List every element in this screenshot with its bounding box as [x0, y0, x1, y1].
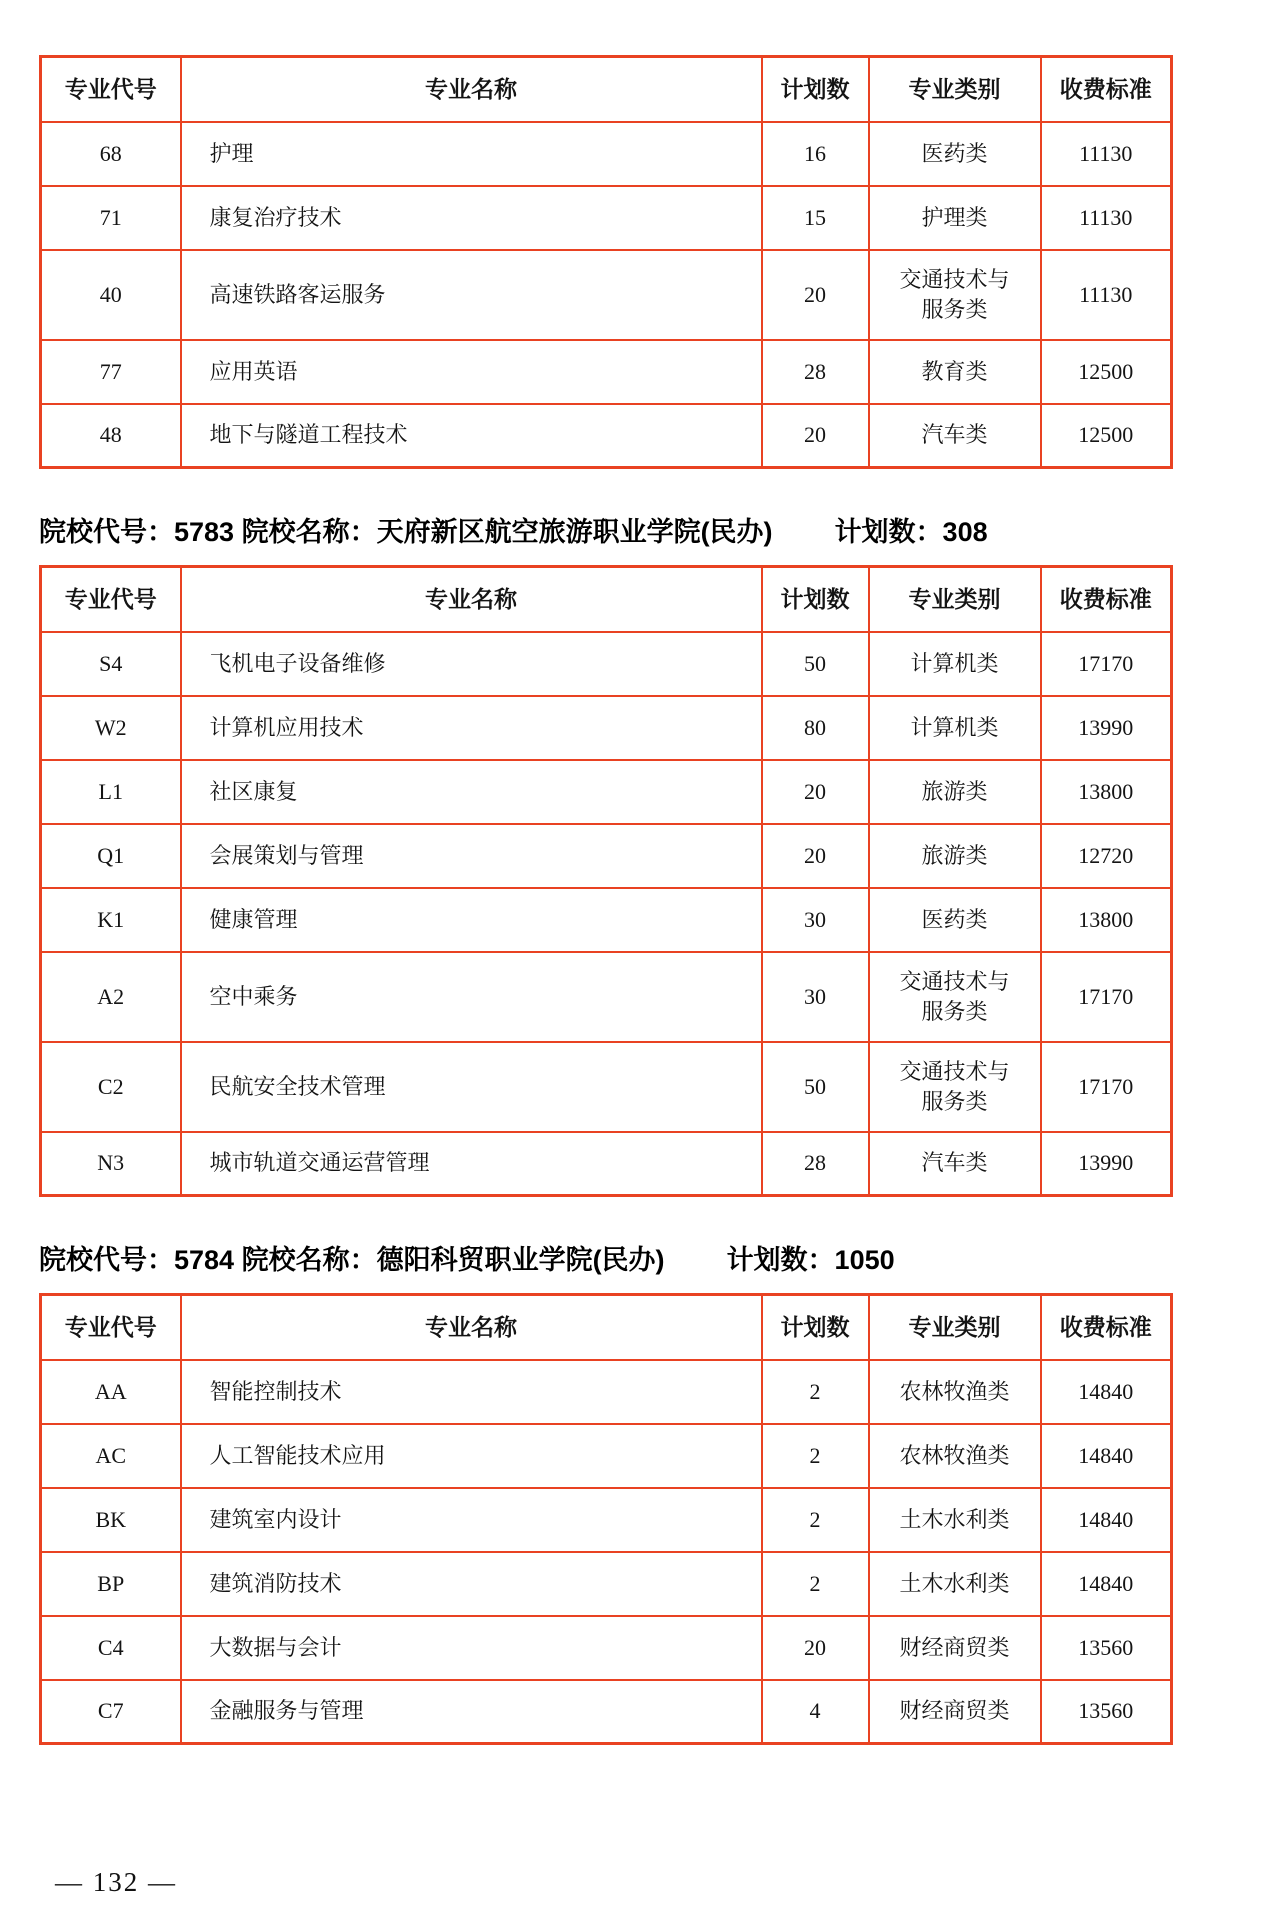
major-name-cell: 大数据与会计 — [181, 1616, 762, 1680]
fee-cell: 12500 — [1041, 340, 1172, 404]
category-cell: 教育类 — [869, 340, 1041, 404]
category-line: 土木水利类 — [870, 1505, 1040, 1535]
table-body: 68护理16医药类1113071康复治疗技术15护理类1113040高速铁路客运… — [41, 122, 1172, 468]
major-name-cell: 社区康复 — [181, 760, 762, 824]
header-cell: 计划数 — [762, 1295, 869, 1360]
table-row: BK建筑室内设计2土木水利类14840 — [41, 1488, 1172, 1552]
major-name-cell: 智能控制技术 — [181, 1360, 762, 1424]
category-line: 服务类 — [870, 997, 1040, 1027]
fee-cell: 13800 — [1041, 760, 1172, 824]
table-row: N3城市轨道交通运营管理28汽车类13990 — [41, 1132, 1172, 1196]
plan-count-cell: 30 — [762, 952, 869, 1042]
major-name-cell: 地下与隧道工程技术 — [181, 404, 762, 468]
plan-count-cell: 2 — [762, 1360, 869, 1424]
major-code-cell: W2 — [41, 696, 181, 760]
plan-count-cell: 15 — [762, 186, 869, 250]
major-name-cell: 建筑室内设计 — [181, 1488, 762, 1552]
college-heading: 院校代号：5784 院校名称：德阳科贸职业学院(民办)计划数：1050 — [39, 1243, 1230, 1277]
category-cell: 农林牧渔类 — [869, 1424, 1041, 1488]
fee-cell: 13800 — [1041, 888, 1172, 952]
category-cell: 财经商贸类 — [869, 1680, 1041, 1744]
table-row: 40高速铁路客运服务20交通技术与服务类11130 — [41, 250, 1172, 340]
plan-count-cell: 20 — [762, 250, 869, 340]
table-row: 68护理16医药类11130 — [41, 122, 1172, 186]
major-code-cell: AA — [41, 1360, 181, 1424]
major-name-cell: 高速铁路客运服务 — [181, 250, 762, 340]
category-cell: 护理类 — [869, 186, 1041, 250]
plan-total-label: 计划数：308 — [835, 515, 988, 549]
table-row: 71康复治疗技术15护理类11130 — [41, 186, 1172, 250]
fee-cell: 13990 — [1041, 696, 1172, 760]
plan-count-cell: 16 — [762, 122, 869, 186]
major-code-cell: 77 — [41, 340, 181, 404]
category-line: 交通技术与 — [870, 265, 1040, 295]
major-name-cell: 建筑消防技术 — [181, 1552, 762, 1616]
header-cell: 计划数 — [762, 567, 869, 632]
fee-cell: 11130 — [1041, 250, 1172, 340]
header-cell: 专业代号 — [41, 1295, 181, 1360]
category-cell: 医药类 — [869, 888, 1041, 952]
major-name-cell: 计算机应用技术 — [181, 696, 762, 760]
plan-count-cell: 20 — [762, 824, 869, 888]
category-line: 财经商贸类 — [870, 1633, 1040, 1663]
category-line: 交通技术与 — [870, 1057, 1040, 1087]
category-cell: 财经商贸类 — [869, 1616, 1041, 1680]
category-cell: 交通技术与服务类 — [869, 1042, 1041, 1132]
header-cell: 专业名称 — [181, 57, 762, 122]
fee-cell: 13560 — [1041, 1616, 1172, 1680]
plan-count-cell: 28 — [762, 1132, 869, 1196]
plan-count-cell: 20 — [762, 760, 869, 824]
plan-count-cell: 28 — [762, 340, 869, 404]
table-row: C2民航安全技术管理50交通技术与服务类17170 — [41, 1042, 1172, 1132]
category-line: 汽车类 — [870, 1148, 1040, 1178]
table-head: 专业代号专业名称计划数专业类别收费标准 — [41, 567, 1172, 632]
category-line: 汽车类 — [870, 420, 1040, 450]
major-name-cell: 金融服务与管理 — [181, 1680, 762, 1744]
plan-table: 专业代号专业名称计划数专业类别收费标准AA智能控制技术2农林牧渔类14840AC… — [39, 1293, 1173, 1745]
college-section: 院校代号：5784 院校名称：德阳科贸职业学院(民办)计划数：1050专业代号专… — [39, 1243, 1230, 1745]
sections-container: 专业代号专业名称计划数专业类别收费标准68护理16医药类1113071康复治疗技… — [39, 55, 1230, 1745]
category-cell: 医药类 — [869, 122, 1041, 186]
category-line: 农林牧渔类 — [870, 1377, 1040, 1407]
category-line: 计算机类 — [870, 713, 1040, 743]
plan-count-cell: 20 — [762, 404, 869, 468]
major-code-cell: N3 — [41, 1132, 181, 1196]
table-row: K1健康管理30医药类13800 — [41, 888, 1172, 952]
major-name-cell: 健康管理 — [181, 888, 762, 952]
page-number: — 132 — — [39, 1867, 1230, 1898]
fee-cell: 12720 — [1041, 824, 1172, 888]
header-cell: 专业名称 — [181, 1295, 762, 1360]
category-cell: 土木水利类 — [869, 1552, 1041, 1616]
major-code-cell: S4 — [41, 632, 181, 696]
major-name-cell: 人工智能技术应用 — [181, 1424, 762, 1488]
table-row: Q1会展策划与管理20旅游类12720 — [41, 824, 1172, 888]
fee-cell: 14840 — [1041, 1424, 1172, 1488]
table-row: C7金融服务与管理4财经商贸类13560 — [41, 1680, 1172, 1744]
category-cell: 旅游类 — [869, 824, 1041, 888]
plan-count-cell: 4 — [762, 1680, 869, 1744]
header-cell: 收费标准 — [1041, 567, 1172, 632]
fee-cell: 14840 — [1041, 1360, 1172, 1424]
header-cell: 收费标准 — [1041, 1295, 1172, 1360]
category-line: 服务类 — [870, 1087, 1040, 1117]
major-code-cell: AC — [41, 1424, 181, 1488]
table-body: AA智能控制技术2农林牧渔类14840AC人工智能技术应用2农林牧渔类14840… — [41, 1360, 1172, 1744]
major-code-cell: K1 — [41, 888, 181, 952]
category-cell: 汽车类 — [869, 1132, 1041, 1196]
major-code-cell: 40 — [41, 250, 181, 340]
major-code-cell: BK — [41, 1488, 181, 1552]
header-cell: 专业类别 — [869, 1295, 1041, 1360]
table-row: W2计算机应用技术80计算机类13990 — [41, 696, 1172, 760]
category-cell: 交通技术与服务类 — [869, 952, 1041, 1042]
major-code-cell: C7 — [41, 1680, 181, 1744]
fee-cell: 17170 — [1041, 632, 1172, 696]
category-line: 土木水利类 — [870, 1569, 1040, 1599]
plan-count-cell: 2 — [762, 1488, 869, 1552]
college-info-label: 院校代号：5783 院校名称：天府新区航空旅游职业学院(民办) — [39, 515, 773, 549]
document-page: 专业代号专业名称计划数专业类别收费标准68护理16医药类1113071康复治疗技… — [0, 0, 1269, 1918]
header-row: 专业代号专业名称计划数专业类别收费标准 — [41, 1295, 1172, 1360]
fee-cell: 12500 — [1041, 404, 1172, 468]
table-row: S4飞机电子设备维修50计算机类17170 — [41, 632, 1172, 696]
college-section: 专业代号专业名称计划数专业类别收费标准68护理16医药类1113071康复治疗技… — [39, 55, 1230, 469]
college-heading: 院校代号：5783 院校名称：天府新区航空旅游职业学院(民办)计划数：308 — [39, 515, 1230, 549]
fee-cell: 17170 — [1041, 1042, 1172, 1132]
table-row: C4大数据与会计20财经商贸类13560 — [41, 1616, 1172, 1680]
table-row: AA智能控制技术2农林牧渔类14840 — [41, 1360, 1172, 1424]
fee-cell: 11130 — [1041, 122, 1172, 186]
header-cell: 专业类别 — [869, 57, 1041, 122]
category-line: 旅游类 — [870, 841, 1040, 871]
fee-cell: 14840 — [1041, 1488, 1172, 1552]
major-code-cell: A2 — [41, 952, 181, 1042]
table-row: A2空中乘务30交通技术与服务类17170 — [41, 952, 1172, 1042]
table-head: 专业代号专业名称计划数专业类别收费标准 — [41, 1295, 1172, 1360]
fee-cell: 14840 — [1041, 1552, 1172, 1616]
fee-cell: 11130 — [1041, 186, 1172, 250]
plan-total-label: 计划数：1050 — [727, 1243, 895, 1277]
header-cell: 专业代号 — [41, 567, 181, 632]
plan-count-cell: 30 — [762, 888, 869, 952]
header-cell: 专业名称 — [181, 567, 762, 632]
table-body: S4飞机电子设备维修50计算机类17170W2计算机应用技术80计算机类1399… — [41, 632, 1172, 1196]
table-row: 48地下与隧道工程技术20汽车类12500 — [41, 404, 1172, 468]
major-name-cell: 城市轨道交通运营管理 — [181, 1132, 762, 1196]
major-code-cell: L1 — [41, 760, 181, 824]
major-name-cell: 民航安全技术管理 — [181, 1042, 762, 1132]
major-code-cell: C4 — [41, 1616, 181, 1680]
plan-count-cell: 50 — [762, 632, 869, 696]
table-head: 专业代号专业名称计划数专业类别收费标准 — [41, 57, 1172, 122]
category-line: 医药类 — [870, 139, 1040, 169]
major-code-cell: 48 — [41, 404, 181, 468]
category-cell: 汽车类 — [869, 404, 1041, 468]
major-name-cell: 空中乘务 — [181, 952, 762, 1042]
major-name-cell: 会展策划与管理 — [181, 824, 762, 888]
table-row: 77应用英语28教育类12500 — [41, 340, 1172, 404]
fee-cell: 13560 — [1041, 1680, 1172, 1744]
header-cell: 专业类别 — [869, 567, 1041, 632]
header-cell: 收费标准 — [1041, 57, 1172, 122]
category-cell: 旅游类 — [869, 760, 1041, 824]
fee-cell: 13990 — [1041, 1132, 1172, 1196]
table-row: BP建筑消防技术2土木水利类14840 — [41, 1552, 1172, 1616]
plan-count-cell: 2 — [762, 1552, 869, 1616]
table-row: L1社区康复20旅游类13800 — [41, 760, 1172, 824]
category-line: 交通技术与 — [870, 967, 1040, 997]
plan-count-cell: 20 — [762, 1616, 869, 1680]
major-name-cell: 飞机电子设备维修 — [181, 632, 762, 696]
category-line: 计算机类 — [870, 649, 1040, 679]
category-cell: 交通技术与服务类 — [869, 250, 1041, 340]
category-line: 农林牧渔类 — [870, 1441, 1040, 1471]
plan-count-cell: 2 — [762, 1424, 869, 1488]
plan-count-cell: 50 — [762, 1042, 869, 1132]
header-row: 专业代号专业名称计划数专业类别收费标准 — [41, 57, 1172, 122]
category-line: 财经商贸类 — [870, 1696, 1040, 1726]
major-code-cell: C2 — [41, 1042, 181, 1132]
major-code-cell: BP — [41, 1552, 181, 1616]
category-line: 医药类 — [870, 905, 1040, 935]
college-info-label: 院校代号：5784 院校名称：德阳科贸职业学院(民办) — [39, 1243, 665, 1277]
header-row: 专业代号专业名称计划数专业类别收费标准 — [41, 567, 1172, 632]
category-cell: 土木水利类 — [869, 1488, 1041, 1552]
plan-count-cell: 80 — [762, 696, 869, 760]
header-cell: 专业代号 — [41, 57, 181, 122]
category-cell: 农林牧渔类 — [869, 1360, 1041, 1424]
major-name-cell: 康复治疗技术 — [181, 186, 762, 250]
major-name-cell: 应用英语 — [181, 340, 762, 404]
category-line: 旅游类 — [870, 777, 1040, 807]
header-cell: 计划数 — [762, 57, 869, 122]
category-cell: 计算机类 — [869, 632, 1041, 696]
plan-table: 专业代号专业名称计划数专业类别收费标准S4飞机电子设备维修50计算机类17170… — [39, 565, 1173, 1197]
category-line: 护理类 — [870, 203, 1040, 233]
major-code-cell: 68 — [41, 122, 181, 186]
major-name-cell: 护理 — [181, 122, 762, 186]
major-code-cell: Q1 — [41, 824, 181, 888]
major-code-cell: 71 — [41, 186, 181, 250]
college-section: 院校代号：5783 院校名称：天府新区航空旅游职业学院(民办)计划数：308专业… — [39, 515, 1230, 1197]
table-row: AC人工智能技术应用2农林牧渔类14840 — [41, 1424, 1172, 1488]
fee-cell: 17170 — [1041, 952, 1172, 1042]
category-line: 教育类 — [870, 357, 1040, 387]
category-line: 服务类 — [870, 295, 1040, 325]
plan-table: 专业代号专业名称计划数专业类别收费标准68护理16医药类1113071康复治疗技… — [39, 55, 1173, 469]
category-cell: 计算机类 — [869, 696, 1041, 760]
